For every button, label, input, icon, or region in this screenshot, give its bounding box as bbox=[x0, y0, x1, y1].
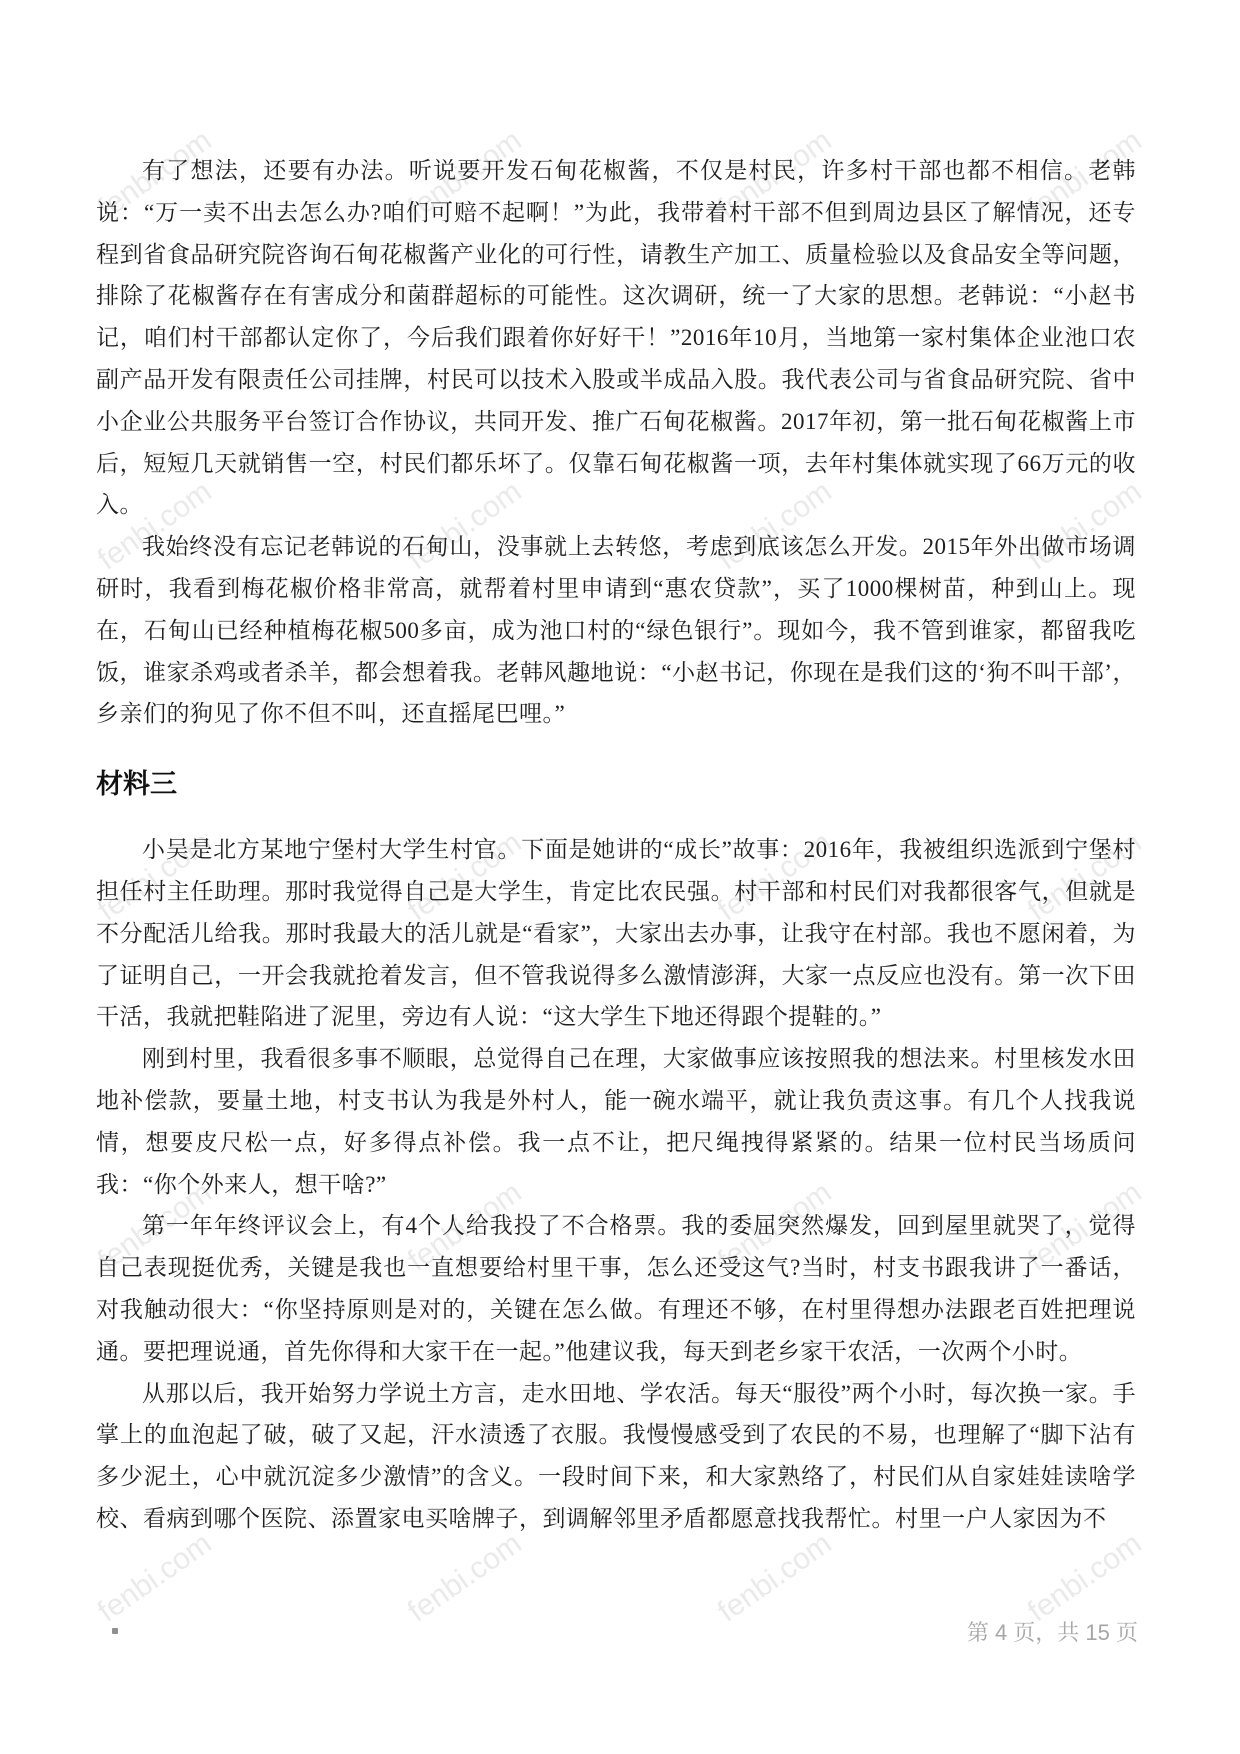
watermark-text: fenbi.com bbox=[402, 1527, 528, 1629]
paragraph-material2-continued-2: 我始终没有忘记老韩说的石甸山，没事就上去转悠，考虑到底该怎么开发。2015年外出… bbox=[96, 526, 1136, 735]
page-number-indicator: 第 4 页，共 15 页 bbox=[967, 1616, 1138, 1647]
paragraph-material3-2: 刚到村里，我看很多事不顺眼，总觉得自己在理，大家做事应该按照我的想法来。村里核发… bbox=[96, 1038, 1136, 1205]
paragraph-material3-1: 小吴是北方某地宁堡村大学生村官。下面是她讲的“成长”故事：2016年，我被组织选… bbox=[96, 829, 1136, 1038]
document-body: 有了想法，还要有办法。听说要开发石甸花椒酱，不仅是村民，许多村干部也都不相信。老… bbox=[96, 150, 1136, 1540]
watermark-text: fenbi.com bbox=[712, 1527, 838, 1629]
watermark-text: fenbi.com bbox=[92, 1527, 218, 1629]
paragraph-material3-4: 从那以后，我开始努力学说土方言，走水田地、学农活。每天“服役”两个小时，每次换一… bbox=[96, 1373, 1136, 1540]
corner-dot bbox=[112, 1628, 118, 1634]
watermark-text: fenbi.com bbox=[1022, 1527, 1148, 1629]
section-heading-material-three: 材料三 bbox=[96, 765, 1136, 803]
paragraph-material3-3: 第一年年终评议会上，有4个人给我投了不合格票。我的委屈突然爆发，回到屋里就哭了，… bbox=[96, 1205, 1136, 1372]
paragraph-material2-continued-1: 有了想法，还要有办法。听说要开发石甸花椒酱，不仅是村民，许多村干部也都不相信。老… bbox=[96, 150, 1136, 526]
